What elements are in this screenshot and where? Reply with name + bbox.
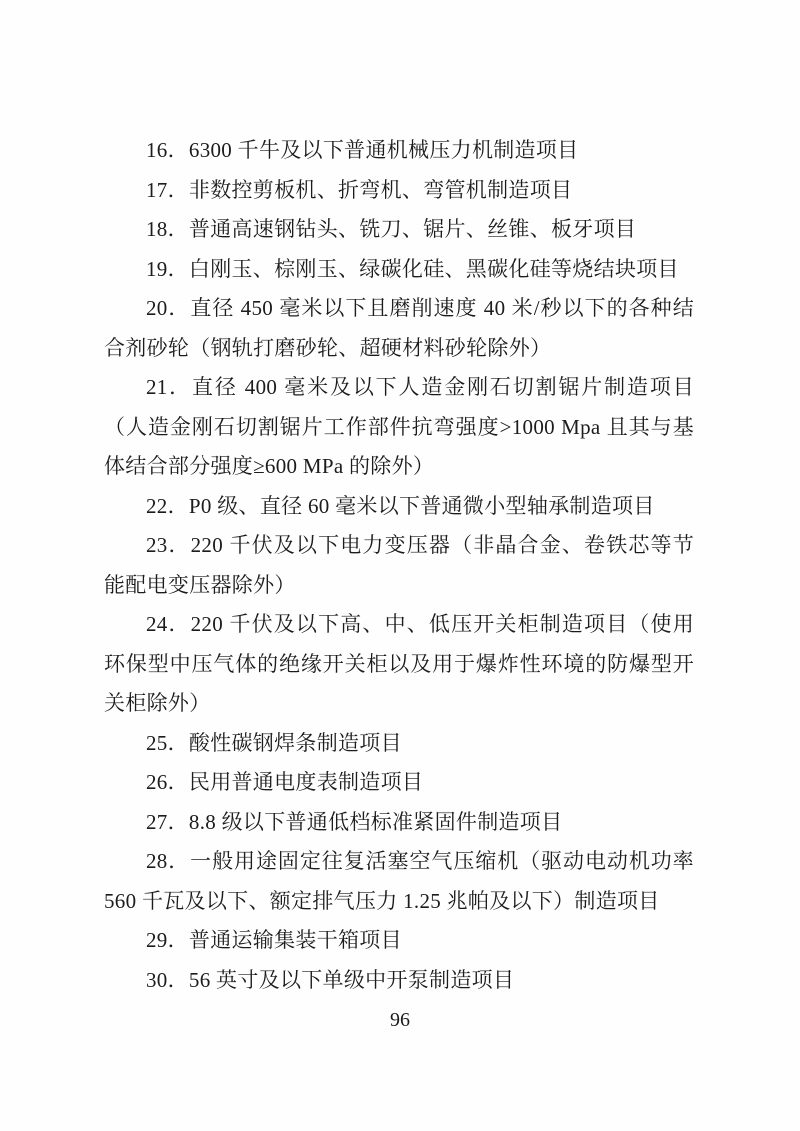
- list-item-25: 25．酸性碳钢焊条制造项目: [104, 724, 694, 764]
- list-item-22: 22．P0 级、直径 60 毫米以下普通微小型轴承制造项目: [104, 487, 694, 527]
- list-item-18: 18．普通高速钢钻头、铣刀、锯片、丝锥、板牙项目: [104, 210, 694, 250]
- list-item-26: 26．民用普通电度表制造项目: [104, 763, 694, 803]
- list-item-23: 23．220 千伏及以下电力变压器（非晶合金、卷铁芯等节能配电变压器除外）: [104, 526, 694, 605]
- list-item-24: 24．220 千伏及以下高、中、低压开关柜制造项目（使用环保型中压气体的绝缘开关…: [104, 605, 694, 724]
- list-item-29: 29．普通运输集装干箱项目: [104, 921, 694, 961]
- list-item-17: 17．非数控剪板机、折弯机、弯管机制造项目: [104, 171, 694, 211]
- page-number: 96: [0, 1005, 800, 1035]
- document-page: 16．6300 千牛及以下普通机械压力机制造项目 17．非数控剪板机、折弯机、弯…: [0, 0, 800, 1131]
- list-item-19: 19．白刚玉、棕刚玉、绿碳化硅、黑碳化硅等烧结块项目: [104, 250, 694, 290]
- list-item-16: 16．6300 千牛及以下普通机械压力机制造项目: [104, 131, 694, 171]
- list-item-28: 28．一般用途固定往复活塞空气压缩机（驱动电动机功率 560 千瓦及以下、额定排…: [104, 842, 694, 921]
- list-item-27: 27．8.8 级以下普通低档标准紧固件制造项目: [104, 803, 694, 843]
- numbered-list: 16．6300 千牛及以下普通机械压力机制造项目 17．非数控剪板机、折弯机、弯…: [104, 131, 694, 1000]
- list-item-20: 20．直径 450 毫米以下且磨削速度 40 米/秒以下的各种结合剂砂轮（钢轨打…: [104, 289, 694, 368]
- list-item-30: 30．56 英寸及以下单级中开泵制造项目: [104, 961, 694, 1001]
- list-item-21: 21．直径 400 毫米及以下人造金刚石切割锯片制造项目（人造金刚石切割锯片工作…: [104, 368, 694, 487]
